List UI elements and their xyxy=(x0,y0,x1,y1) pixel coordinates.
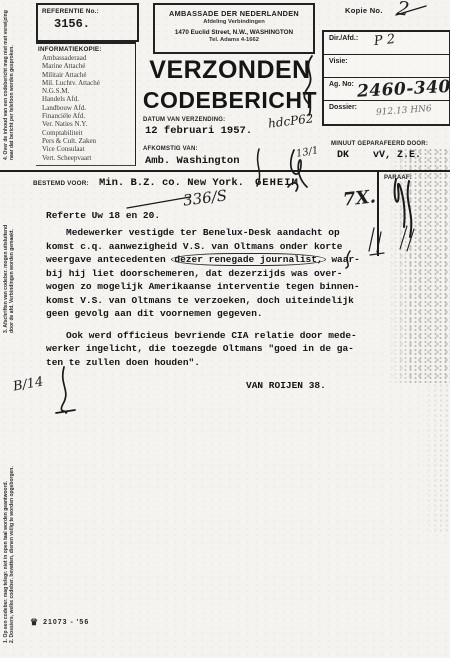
text-line: Vert. Scheepvaart xyxy=(42,154,135,162)
margin-notes-1-2: 1. Op een codeber. mag telegr. niet in o… xyxy=(3,466,15,643)
agenda-number-handwritten: 336/S xyxy=(182,186,228,209)
text-line: Vice Consulaat xyxy=(42,145,135,153)
title-line-codebericht: CODEBERICHT xyxy=(138,87,322,114)
informatiekopie-list: AmbassaderaadMarine AttachéMilitair Atta… xyxy=(36,54,135,162)
paraaf-signature-scribble xyxy=(395,179,412,237)
circled-phrase: dezer renegade journalist, xyxy=(171,253,325,266)
paraaf-initials-handwritten: 7X. xyxy=(342,186,377,210)
afkomstig-value: Amb. Washington xyxy=(145,155,240,167)
text-line: Handels Afd. xyxy=(42,95,135,103)
body-line: Medewerker vestigde ter Benelux-Desk aan… xyxy=(46,226,364,240)
dir-afd-value-handwritten: P 2 xyxy=(373,32,396,49)
classification-geheim: GEHEIM xyxy=(255,177,299,189)
text-line: 2. Dossiers, welke codeber. bevatten, di… xyxy=(9,466,15,643)
informatiekopie-label: INFORMATIEKOPIE: xyxy=(36,44,135,54)
text-line: Mil. Luchtv. Attaché xyxy=(42,79,135,87)
scan-noise-right xyxy=(388,148,450,383)
minuut-label: MINUUT GEPARAFEERD DOOR: xyxy=(331,141,428,147)
embassy-street: 1470 Euclid Street, N.W., WASHINGTON xyxy=(155,29,313,36)
scan-noise-right-lower xyxy=(420,383,450,533)
agenda-diagonal-line xyxy=(127,197,190,208)
text-line: Financiële Afd. xyxy=(42,112,135,120)
body-line: bij hij liet doorschemeren, dat dezerzij… xyxy=(46,267,364,281)
telegram-body: Medewerker vestigde ter Benelux-Desk aan… xyxy=(46,226,364,393)
embassy-department: Afdeling Verbindingen xyxy=(155,19,313,25)
body-line: wogen zo mogelijk Amerikaanse interventi… xyxy=(46,280,364,294)
text-line: Landbouw Afd. xyxy=(42,104,135,112)
body-line: Ook werd officieus bevriende CIA relatie… xyxy=(46,329,364,343)
text-line: Ambassaderaad xyxy=(42,54,135,62)
datum-value: 12 februari 1957. xyxy=(145,125,252,137)
body-line: werker ingelicht, die toezegde Oltmans "… xyxy=(46,342,364,356)
text-line: Pers & Cult. Zaken xyxy=(42,137,135,145)
afkomstig-label: AFKOMSTIG VAN: xyxy=(143,146,198,152)
paragraph-gap xyxy=(46,321,364,329)
body-line: geen gevolg aan dit voornemen gegeven. xyxy=(46,307,364,321)
crown-emblem-icon: ♛ xyxy=(30,617,38,628)
margin-note-3: 3. Afschriften van codeber. mogen uitslu… xyxy=(3,225,15,333)
title-line-verzonden: VERZONDEN xyxy=(138,56,322,85)
body-line: komst V.S. van Oltmans te verzoeken, doc… xyxy=(46,294,364,308)
paraaf-divider xyxy=(377,170,379,256)
horizontal-rule xyxy=(0,170,450,172)
telegram-document: 4. Over de inhoud van een codebericht ma… xyxy=(0,0,450,658)
margin-note-4: 4. Over de inhoud van een codebericht ma… xyxy=(3,10,15,160)
code-annotation-handwritten: hdcP62 xyxy=(267,111,314,130)
print-code-text: 21073 - '56 xyxy=(43,619,89,626)
referentie-box: REFERENTIE No.: 3156. xyxy=(36,3,139,42)
embassy-address-box: AMBASSADE DER NEDERLANDEN Afdeling Verbi… xyxy=(153,3,315,54)
embassy-phone: Tel. Adams 4-1662 xyxy=(155,37,313,43)
referentie-number: 3156. xyxy=(54,17,137,31)
referte-line: Referte Uw 18 en 20. xyxy=(46,210,160,221)
body-line: ten te zullen doen houden". xyxy=(46,356,364,370)
body-line: komst c.q. aanwezigheid V.S. van Oltmans… xyxy=(46,240,364,254)
text-line: door de afd. Verbindingen worden gemaakt… xyxy=(9,225,15,333)
signature-line: VAN ROIJEN 38. xyxy=(246,379,364,393)
text-line: Ver. Naties N.Y. xyxy=(42,120,135,128)
paraaf-label: PARAAF: xyxy=(384,175,412,181)
embassy-name: AMBASSADE DER NEDERLANDEN xyxy=(155,9,313,18)
text-line: Marine Attaché xyxy=(42,62,135,70)
right-margin-slashes xyxy=(400,226,414,251)
kopie-label: Kopie No. xyxy=(345,6,383,15)
left-margin-annotation-handwritten: B/14 xyxy=(12,374,45,394)
date-annotation-handwritten: 13/1 xyxy=(295,145,319,160)
body-text-post: waar- xyxy=(326,254,360,265)
text-line: N.G.S.M. xyxy=(42,87,135,95)
body-text-pre: weergave antecedenten xyxy=(46,254,171,265)
body-line-with-circle: weergave antecedenten dezer renegade jou… xyxy=(46,253,364,267)
text-line: Comptabiliteit xyxy=(42,129,135,137)
routing-row-visie: Visie: xyxy=(324,55,449,78)
informatiekopie-box: INFORMATIEKOPIE: AmbassaderaadMarine Att… xyxy=(36,42,136,166)
document-title: VERZONDEN CODEBERICHT xyxy=(138,56,322,114)
minuut-value: DK vV, Z.E. xyxy=(337,150,421,161)
text-line: naar dat bericht per telefoon worden ges… xyxy=(9,10,15,160)
referentie-label: REFERENTIE No.: xyxy=(38,5,137,15)
kopie-number-handwritten: 2 xyxy=(396,0,411,21)
text-line: Militair Attaché xyxy=(42,71,135,79)
footer-print-code: ♛ 21073 - '56 xyxy=(30,617,89,628)
bestemd-label: BESTEMD VOOR: xyxy=(33,180,89,187)
datum-label: DATUM VAN VERZENDING: xyxy=(143,117,225,123)
